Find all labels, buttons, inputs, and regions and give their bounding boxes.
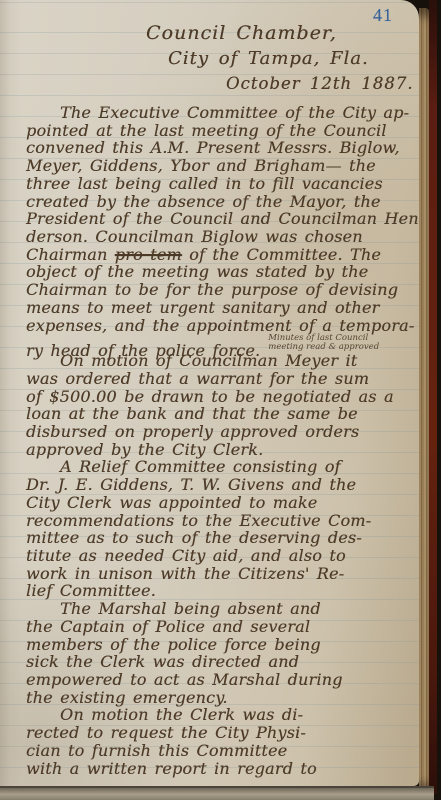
- manuscript-line: Meyer, Giddens, Ybor and Brigham— the: [26, 157, 418, 175]
- manuscript-line: rected to request the City Physi-: [26, 724, 418, 742]
- line-text: recommendations to the Executive Com-: [26, 511, 371, 530]
- manuscript-line: means to meet urgent sanitary and other: [26, 299, 418, 317]
- line-text: object of the meeting was stated by the: [26, 262, 368, 281]
- margin-note: Minutes of last Councilmeeting read & ap…: [268, 334, 379, 352]
- line-text: Chairman: [26, 245, 115, 264]
- book-fore-edge: [419, 8, 429, 786]
- line-text: loan at the bank and that the same be: [26, 404, 358, 423]
- line-text: work in unison with the Citizens' Re-: [26, 564, 344, 583]
- manuscript-line: On motion the Clerk was di-: [26, 706, 418, 724]
- manuscript-line: lief Committee.: [26, 582, 418, 600]
- manuscript-line: of $500.00 be drawn to be negotiated as …: [26, 388, 418, 406]
- line-text: convened this A.M. Present Messrs. Biglo…: [26, 138, 400, 157]
- line-text: On motion the Clerk was di-: [60, 705, 303, 724]
- line-text: the existing emergency.: [26, 688, 228, 707]
- heading-date: October 12th 1887.: [226, 74, 419, 93]
- line-text: Dr. J. E. Giddens, T. W. Givens and the: [26, 475, 356, 494]
- manuscript-line: the existing emergency.: [26, 689, 418, 707]
- manuscript-line: object of the meeting was stated by the: [26, 263, 418, 281]
- manuscript-line: disbursed on properly approved orders: [26, 423, 418, 441]
- line-text: means to meet urgent sanitary and other: [26, 298, 379, 317]
- struck-word: pro tem: [115, 245, 182, 264]
- manuscript-line: cian to furnish this Committee: [26, 742, 418, 760]
- line-text: cian to furnish this Committee: [26, 741, 287, 760]
- photograph: 41 Council Chamber, City of Tampa, Fla. …: [0, 0, 441, 800]
- manuscript-line: A Relief Committee consisting of: [26, 458, 418, 476]
- manuscript-line: The Executive Committee of the City ap-: [26, 104, 418, 122]
- line-text: empowered to act as Marshal during: [26, 670, 343, 689]
- manuscript-line: members of the police force being: [26, 636, 418, 654]
- line-text: The Executive Committee of the City ap-: [60, 103, 409, 122]
- line-text: rected to request the City Physi-: [26, 723, 306, 742]
- manuscript-line: President of the Council and Councilman …: [26, 210, 418, 228]
- line-text: was ordered that a warrant for the sum: [26, 369, 369, 388]
- line-text: The Marshal being absent and: [60, 599, 321, 618]
- line-text: Meyer, Giddens, Ybor and Brigham— the: [26, 156, 376, 175]
- manuscript-line: On motion of Councilman Meyer it: [26, 352, 418, 370]
- line-text: mittee as to such of the deserving des-: [26, 528, 362, 547]
- manuscript-line: approved by the City Clerk.: [26, 441, 418, 459]
- manuscript-line: sick the Clerk was directed and: [26, 653, 418, 671]
- line-text: created by the absence of the Mayor, the: [26, 192, 381, 211]
- manuscript-line: ry head of the police force.Minutes of l…: [26, 334, 418, 352]
- line-text: disbursed on properly approved orders: [26, 422, 359, 441]
- line-text: City Clerk was appointed to make: [26, 493, 317, 512]
- manuscript-line: empowered to act as Marshal during: [26, 671, 418, 689]
- book-cover-edge: [429, 0, 437, 794]
- manuscript-line: Dr. J. E. Giddens, T. W. Givens and the: [26, 476, 418, 494]
- manuscript-line: work in unison with the Citizens' Re-: [26, 565, 418, 583]
- line-text: members of the police force being: [26, 635, 321, 654]
- line-text: pointed at the last meeting of the Counc…: [26, 121, 387, 140]
- manuscript-line: the Captain of Police and several: [26, 618, 418, 636]
- line-text: On motion of Councilman Meyer it: [60, 351, 357, 370]
- line-text: derson. Councilman Biglow was chosen: [26, 227, 363, 246]
- line-text: expenses, and the appointment of a tempo…: [26, 316, 414, 335]
- manuscript-line: Chairman to be for the purpose of devisi…: [26, 281, 418, 299]
- line-text: with a written report in regard to: [26, 759, 317, 778]
- manuscript-line: recommendations to the Executive Com-: [26, 512, 418, 530]
- manuscript-line: derson. Councilman Biglow was chosen: [26, 228, 418, 246]
- line-text: approved by the City Clerk.: [26, 440, 263, 459]
- manuscript-line: convened this A.M. Present Messrs. Biglo…: [26, 139, 418, 157]
- manuscript-line: with a written report in regard to: [26, 760, 418, 778]
- manuscript-line: Chairman pro tem of the Committee. The: [26, 246, 418, 264]
- manuscript-line: was ordered that a warrant for the sum: [26, 370, 418, 388]
- line-text: of $500.00 be drawn to be negotiated as …: [26, 387, 394, 406]
- line-text: titute as needed City aid, and also to: [26, 546, 346, 565]
- heading-city: City of Tampa, Fla.: [168, 48, 419, 69]
- manuscript-line: mittee as to such of the deserving des-: [26, 529, 418, 547]
- heading-place: Council Chamber,: [146, 22, 419, 44]
- manuscript-line: loan at the bank and that the same be: [26, 405, 418, 423]
- manuscript-line: The Marshal being absent and: [26, 600, 418, 618]
- line-text: Chairman to be for the purpose of devisi…: [26, 280, 398, 299]
- manuscript-body: The Executive Committee of the City ap-p…: [26, 104, 418, 777]
- line-text: of the Committee. The: [182, 245, 381, 264]
- line-text: sick the Clerk was directed and: [26, 652, 299, 671]
- manuscript-line: three last being called in to fill vacan…: [26, 175, 418, 193]
- line-text: three last being called in to fill vacan…: [26, 174, 383, 193]
- line-text: the Captain of Police and several: [26, 617, 310, 636]
- manuscript-line: City Clerk was appointed to make: [26, 494, 418, 512]
- manuscript-line: titute as needed City aid, and also to: [26, 547, 418, 565]
- heading-block: Council Chamber, City of Tampa, Fla. Oct…: [0, 22, 419, 93]
- manuscript-line: expenses, and the appointment of a tempo…: [26, 317, 418, 335]
- line-text: President of the Council and Councilman …: [26, 209, 424, 228]
- table-edge: [0, 786, 434, 800]
- line-text: lief Committee.: [26, 581, 156, 600]
- manuscript-line: created by the absence of the Mayor, the: [26, 193, 418, 211]
- manuscript-line: pointed at the last meeting of the Counc…: [26, 122, 418, 140]
- ledger-page: 41 Council Chamber, City of Tampa, Fla. …: [0, 0, 419, 786]
- line-text: A Relief Committee consisting of: [60, 457, 341, 476]
